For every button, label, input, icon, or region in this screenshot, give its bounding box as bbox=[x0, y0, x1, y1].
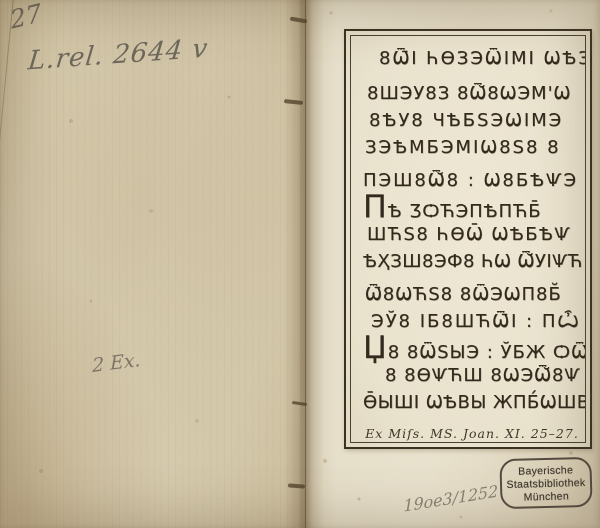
glagolitic-line-10: ЭЎ8 ІБ8ШЋѾ̄І : ПѼ bbox=[363, 308, 581, 335]
glagolitic-line-6: ПѢ ӠѺЋЭПѢПЋБ̄ bbox=[363, 194, 581, 221]
pencil-shelfmark: L.rel. 2644 v bbox=[27, 34, 210, 77]
glagolitic-line-13: Ѳ̄ЫШІ ѠѢВЫ ЖПБ́ѠШВЫ bbox=[363, 389, 581, 416]
glagolitic-text-block: 8Ѿ̄І ҺѲЗЭѾІМІ ѠѢЗЋ 8ШЭУ8З 8Ѿ̆8ѠЭМ'Ѡ 8ѢУ8… bbox=[351, 36, 585, 443]
right-page: 8Ѿ̄І ҺѲЗЭѾІМІ ѠѢЗЋ 8ШЭУ8З 8Ѿ̆8ѠЭМ'Ѡ 8ѢУ8… bbox=[300, 0, 600, 528]
glagolitic-line-1: 8Ѿ̄І ҺѲЗЭѾІМІ ѠѢЗЋ bbox=[363, 45, 581, 72]
glagolitic-line-2: 8ШЭУ8З 8Ѿ̆8ѠЭМ'Ѡ bbox=[363, 80, 581, 107]
paper-specks bbox=[0, 0, 2, 2]
stamp-line-3: München bbox=[502, 490, 590, 505]
pencil-copy-note: 2 Ex. bbox=[92, 349, 141, 377]
pencil-corner-number: 27 bbox=[8, 0, 43, 35]
manuscript-frame: 8Ѿ̄І ҺѲЗЭѾІМІ ѠѢЗЋ 8ШЭУ8З 8Ѿ̆8ѠЭМ'Ѡ 8ѢУ8… bbox=[344, 29, 592, 449]
paper-crease bbox=[0, 0, 14, 474]
glagolitic-line-11: Џ8 8ѾЅЫЭ : ЎБЖ ѺѾЋШ bbox=[363, 335, 581, 362]
binding-gutter bbox=[284, 0, 324, 528]
glagolitic-line-7: ШЋЅ8 ҺѲѠ̄ ѠѢБѢѰ bbox=[363, 221, 581, 248]
left-page: 27 L.rel. 2644 v 2 Ex. bbox=[0, 0, 310, 528]
glagolitic-line-8: ѢҲЗШ8ЭФ8 ҺѠ Ѿ̆УІѰЋ bbox=[363, 248, 581, 275]
glagolitic-line-12: 8 8ѲѰЋШ 8ѠЭѾ̆8Ѱ bbox=[363, 362, 581, 389]
binding-fold-line bbox=[305, 0, 306, 528]
glagolitic-line-5: ПЭШ8Ѿ̆8 : Ѡ8БѢѰЭ bbox=[363, 167, 581, 194]
paper-specks bbox=[300, 0, 302, 2]
source-caption: Ex Miſs. MS. Joan. XI. 25–27. bbox=[363, 420, 581, 443]
manuscript-scan: 27 L.rel. 2644 v 2 Ex. 8Ѿ̄І ҺѲЗЭѾІМІ ѠѢЗ… bbox=[0, 0, 600, 528]
glagolitic-line-4: ЗЭѢМБЭМІѠ8Ѕ8 8 bbox=[363, 134, 581, 161]
pencil-accession-number: 19oe3/1252 bbox=[403, 481, 498, 515]
glagolitic-line-3: 8ѢУ8 ЧѢБЅЭѠІМЭ bbox=[363, 107, 581, 134]
library-stamp: Bayerische Staatsbibliothek München bbox=[499, 457, 592, 509]
stamp-line-2: Staatsbibliothek bbox=[502, 477, 590, 492]
manuscript-frame-inner-border: 8Ѿ̄І ҺѲЗЭѾІМІ ѠѢЗЋ 8ШЭУ8З 8Ѿ̆8ѠЭМ'Ѡ 8ѢУ8… bbox=[350, 35, 586, 443]
glagolitic-line-9: Ѿ̄8ѠЋЅ8 8ѾЭѠП8Б̆ bbox=[363, 281, 581, 308]
